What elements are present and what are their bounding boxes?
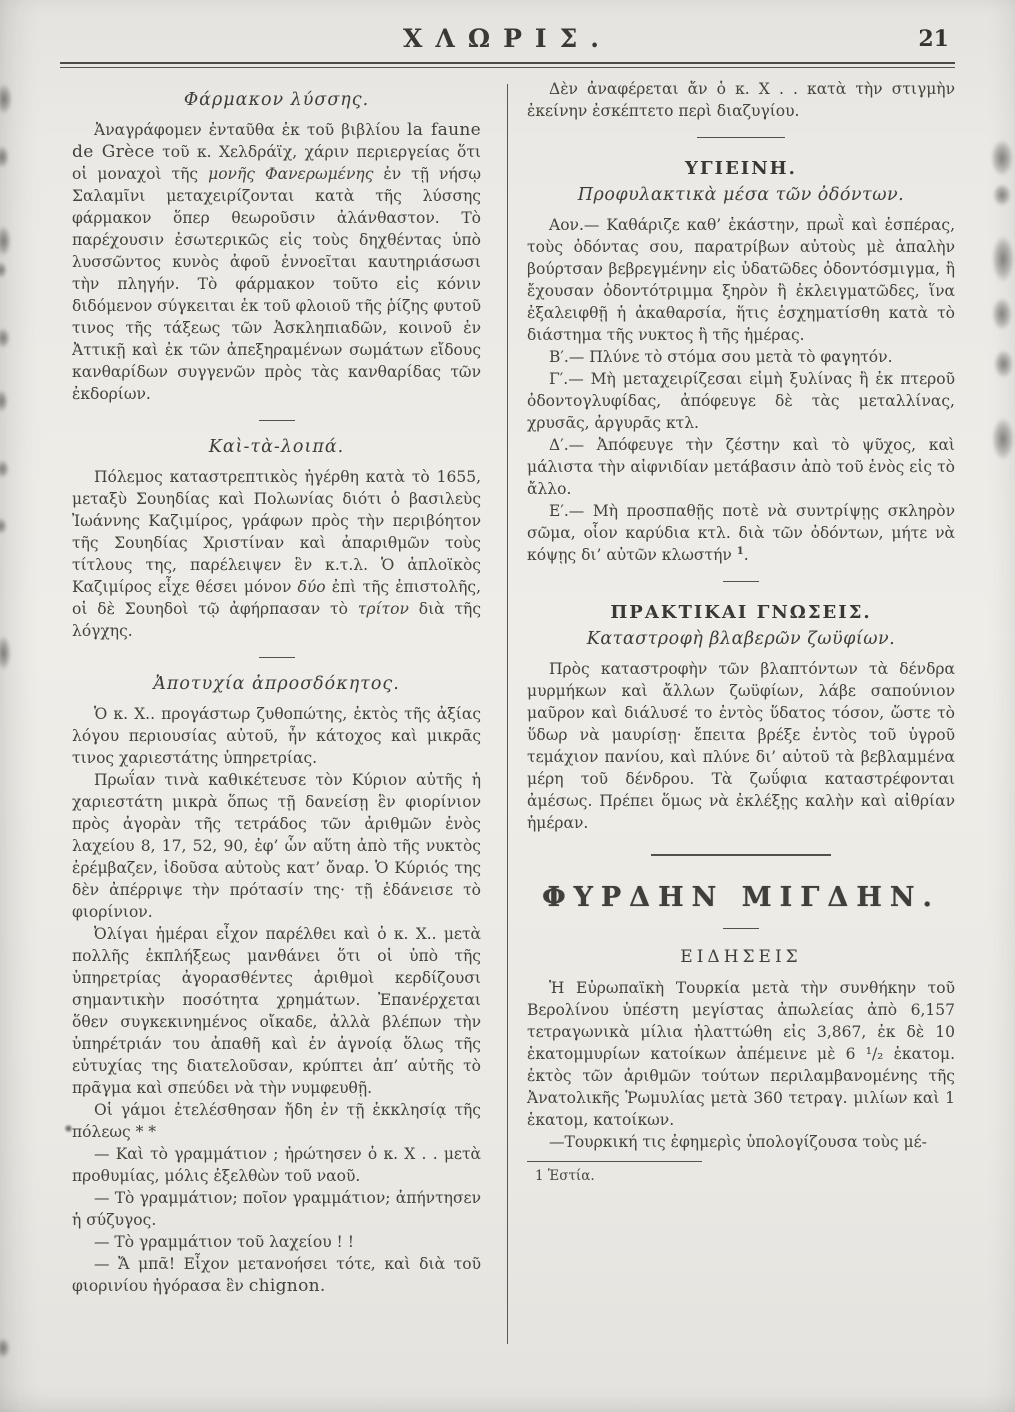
ink-smudge xyxy=(0,328,10,348)
italic-phrase: μονῆς Φανερωμένης xyxy=(208,165,373,183)
ink-smudge xyxy=(0,146,9,168)
ink-smudge xyxy=(0,1338,10,1358)
section-heading-hygiene: ΥΓΙΕΙΝΗ. xyxy=(527,158,955,179)
paragraph: Ἀναγράφομεν ἐνταῦθα ἐκ τοῦ βιβλίου la fa… xyxy=(72,119,481,405)
section-divider xyxy=(259,420,295,421)
page-header: 21 ΧΛΩΡΙΣ. xyxy=(0,0,1015,68)
paragraph: Ὁ κ. Χ.. προγάστωρ ζυθοπώτης, ἐκτὸς τῆς … xyxy=(72,703,481,769)
section-divider xyxy=(259,657,295,658)
ink-blot xyxy=(64,1124,73,1133)
paragraph: Γ′.— Μὴ μεταχειρίζεσαι εἰμὴ ξυλίνας ἢ ἐκ… xyxy=(527,368,955,434)
article-heading-pharmakon: Φάρμακον λύσσης. xyxy=(72,90,481,110)
ink-smudge xyxy=(0,390,8,412)
paragraph: Ε′.— Μὴ προσπαθῇς ποτὲ νὰ συντρίψῃς σκλη… xyxy=(527,500,955,566)
ink-smudge xyxy=(0,636,11,670)
paragraph: —Τουρκική τις ἐφημερὶς ὑπολογίζουσα τοὺς… xyxy=(527,1131,955,1153)
text-segment: Ἀναγράφομεν ἐνταῦθα ἐκ τοῦ βιβλίου xyxy=(94,121,407,139)
ink-smudge xyxy=(0,460,9,478)
page-columns: Φάρμακον λύσσης. Ἀναγράφομεν ἐνταῦθα ἐκ … xyxy=(60,72,957,1367)
italic-phrase: τρίτον xyxy=(358,600,409,618)
ink-smudge xyxy=(991,140,1013,176)
footnote-ref: 1 xyxy=(737,546,744,557)
text-segment: Πόλεμος καταστρεπτικὸς ἠγέρθη κατὰ τὸ 16… xyxy=(72,468,481,596)
newspaper-page: 21 ΧΛΩΡΙΣ. Φάρμακον λύσσης. Ἀναγράφομεν … xyxy=(0,0,1015,1412)
paragraph: Ἡ Εὐρωπαϊκὴ Τουρκία μετὰ τὴν συνθήκην το… xyxy=(527,977,955,1131)
header-rule xyxy=(60,62,955,68)
paragraph: Πρὸς καταστροφὴν τῶν βλαπτόντων τὰ δένδρ… xyxy=(527,658,955,834)
paragraph: Β′.— Πλύνε τὸ στόμα σου μετὰ τὸ φαγητόν. xyxy=(527,346,955,368)
page-number: 21 xyxy=(918,26,949,52)
ink-smudge xyxy=(992,418,1014,460)
paragraph: — Καὶ τὸ γραμμάτιον ; ἠρώτησεν ὁ κ. Χ . … xyxy=(72,1143,481,1187)
text-segment: ἐν τῇ νήσῳ Σαλαμῖνι μεταχειρίζονται κατὰ… xyxy=(72,165,481,403)
section-divider xyxy=(723,581,759,582)
section-divider xyxy=(723,928,759,929)
paragraph: Πρωΐαν τινὰ καθικέτευσε τὸν Κύριον αὐτῆς… xyxy=(72,769,481,923)
article-heading-apotychia: Ἀποτυχία ἀπροσδόκητος. xyxy=(72,674,481,694)
ink-smudge xyxy=(0,262,7,278)
section-heading-eidiseis: ΕΙΔΗΣΕΙΣ xyxy=(527,947,955,967)
section-divider xyxy=(697,137,785,138)
left-column: Φάρμακον λύσσης. Ἀναγράφομεν ἐνταῦθα ἐκ … xyxy=(60,72,507,1367)
paragraph: — Ἄ μπᾶ! Εἶχον μετανοήσει τότε, καὶ διὰ … xyxy=(72,1253,481,1297)
paragraph: — Τὸ γραμμάτιον τοῦ λαχείου ! ! xyxy=(72,1231,481,1253)
ink-smudge xyxy=(0,84,12,114)
paragraph: Αον.— Καθάριζε καθ’ ἑκάστην, πρωῒ καὶ ἑσ… xyxy=(527,214,955,346)
ink-smudge xyxy=(992,236,1014,282)
ink-smudge xyxy=(993,184,1011,206)
paragraph: Οἱ γάμοι ἐτελέσθησαν ἤδη ἐν τῇ ἐκκλησίᾳ … xyxy=(72,1099,481,1143)
paragraph: — Τὸ γραμμάτιον; ποῖον γραμμάτιον; ἀπήντ… xyxy=(72,1187,481,1231)
paragraph: Δ′.— Ἀπόφευγε τὴν ζέστην καὶ τὸ ψῦχος, κ… xyxy=(527,434,955,500)
paragraph: Πόλεμος καταστρεπτικὸς ἠγέρθη κατὰ τὸ 16… xyxy=(72,466,481,642)
ink-smudge xyxy=(0,226,11,256)
page-title: ΧΛΩΡΙΣ. xyxy=(0,0,1015,53)
footnote-rule xyxy=(527,1161,702,1162)
italic-phrase: δύο xyxy=(298,578,326,596)
section-heading-phyrdin-migdin: ΦΥΡΔΗΝ ΜΙΓΔΗΝ. xyxy=(527,882,955,913)
ink-smudge xyxy=(994,350,1013,378)
ink-smudge xyxy=(0,518,7,534)
section-divider xyxy=(651,854,831,856)
ink-smudge xyxy=(992,298,1012,330)
column-divider xyxy=(507,84,508,1344)
article-heading-teeth: Προφυλακτικὰ μέσα τῶν ὀδόντων. xyxy=(527,185,955,205)
text-segment: . xyxy=(744,546,749,564)
footnote: 1 Ἑστία. xyxy=(527,1161,955,1185)
article-heading-kai-ta-loipa: Καὶ-τὰ-λοιπά. xyxy=(72,437,481,457)
article-heading-zoyfia: Καταστροφὴ βλαβερῶν ζωϋφίων. xyxy=(527,629,955,649)
section-heading-praktikai: ΠΡΑΚΤΙΚΑΙ ΓΝΩΣΕΙΣ. xyxy=(527,602,955,623)
right-column: Δὲν ἀναφέρεται ἄν ὁ κ. Χ . . κατὰ τὴν στ… xyxy=(507,72,957,1367)
paragraph: Δὲν ἀναφέρεται ἄν ὁ κ. Χ . . κατὰ τὴν στ… xyxy=(527,78,955,122)
footnote-text: 1 Ἑστία. xyxy=(527,1167,955,1185)
paragraph: Ὀλίγαι ἡμέραι εἶχον παρέλθει καὶ ὁ κ. Χ.… xyxy=(72,923,481,1099)
latin-phrase: chignon. xyxy=(249,1276,326,1296)
